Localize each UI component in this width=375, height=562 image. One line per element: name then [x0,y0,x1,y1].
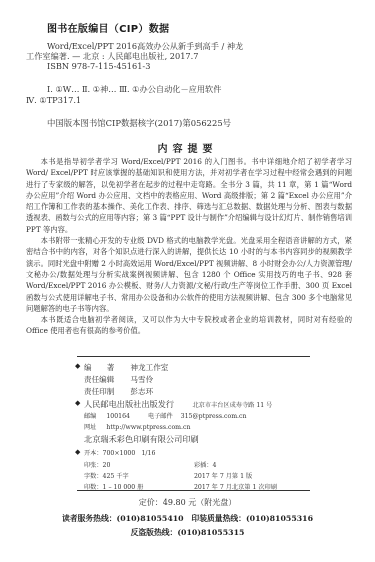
cip-classification-code: Ⅳ. ①TP317.1 [26,95,81,105]
printer-row: 北京瑞禾彩色印刷有限公司印刷 [84,434,199,445]
edition-value: 2017 年 7 月第 1 版 [194,473,252,480]
author-label: 编 著 [84,362,128,373]
summary-paragraph: 本书是指导初学者学习 Word/Excel/PPT 2016 的入门图书。书中详… [26,156,352,235]
printing-value: 彭志环 [130,387,153,396]
diamond-bullet-icon: ◆ [75,399,80,407]
piracy-hotline: 反盗版热线：(010)81055315 [0,527,375,538]
summary-heading: 内容提要 [0,140,375,155]
format-value: 开本：700×1000 1/16 [84,450,155,457]
wordcount-row: 字数：425 千字 2017 年 7 月第 1 版 [84,471,252,480]
website-label: 网址 [84,424,96,431]
postcode-value: 100164 [106,413,130,420]
website-value: http://www.ptpress.com.cn [106,424,190,431]
email-value: 315@ptpress.com.cn [181,413,247,420]
printing-label: 责任印制 [84,386,128,397]
editor-label: 责任编辑 [84,374,128,385]
editor-row: 责任编辑 马雪伶 [84,374,153,385]
publisher-address: 北京市丰台区成寿寺路 11 号 [193,402,273,409]
author-value: 神龙工作室 [130,363,168,372]
cip-heading: 图书在版编目（CIP）数据 [47,20,169,35]
printing-row: 责任印制 彭志环 [84,386,153,397]
printer-name: 北京瑞禾彩色印刷有限公司印刷 [84,434,199,444]
postcode-row: 邮编 100164 电子邮件 315@ptpress.com.cn [84,411,246,420]
editor-value: 马雪伶 [130,375,153,384]
diamond-bullet-icon: ◆ [75,448,80,456]
sheets-value: 印张：20 [84,460,192,469]
cip-classification: Ⅰ. ①W… Ⅱ. ①神… Ⅲ. ①办公自动化－应用软件 [47,84,221,95]
email-label: 电子邮件 [148,413,173,420]
divider-bottom [77,490,310,491]
summary-body: 本书是指导初学者学习 Word/Excel/PPT 2016 的入门图书。书中详… [26,156,352,337]
diamond-bullet-icon: ◆ [75,362,80,370]
word-count-value: 字数：425 千字 [84,471,192,480]
color-plates-value: 彩插：4 [194,462,217,469]
cip-isbn: ISBN 978-7-115-45161-3 [47,61,150,71]
format-row: ◆ 开本：700×1000 1/16 [84,448,155,457]
divider-top [77,356,310,357]
author-row: ◆ 编 著 神龙工作室 [84,362,168,373]
price: 定价：49.80 元（附光盘） [0,497,375,508]
reader-hotline: 读者服务热线：(010)81055410 印装质量热线：(010)8105531… [0,513,375,524]
website-row: 网址 http://www.ptpress.com.cn [84,422,190,431]
summary-paragraph: 本书既适合电脑初学者阅读，又可以作为大中专院校或者企业的培训教材，同时对有经验的… [26,314,352,337]
postcode-label: 邮编 [84,413,96,420]
sheets-row: 印张：20 彩插：4 [84,460,216,469]
cip-record-number: 中国版本图书馆CIP数据核字(2017)第056225号 [47,117,231,129]
publisher-row: ◆ 人民邮电出版社出版发行 北京市丰台区成寿寺路 11 号 [84,399,272,410]
summary-paragraph: 本书附带一张精心开发的专业级 DVD 格式的电脑教学光盘。光盘采用全程语音讲解的… [26,235,352,314]
publisher-name: 人民邮电出版社出版发行 [84,399,174,409]
